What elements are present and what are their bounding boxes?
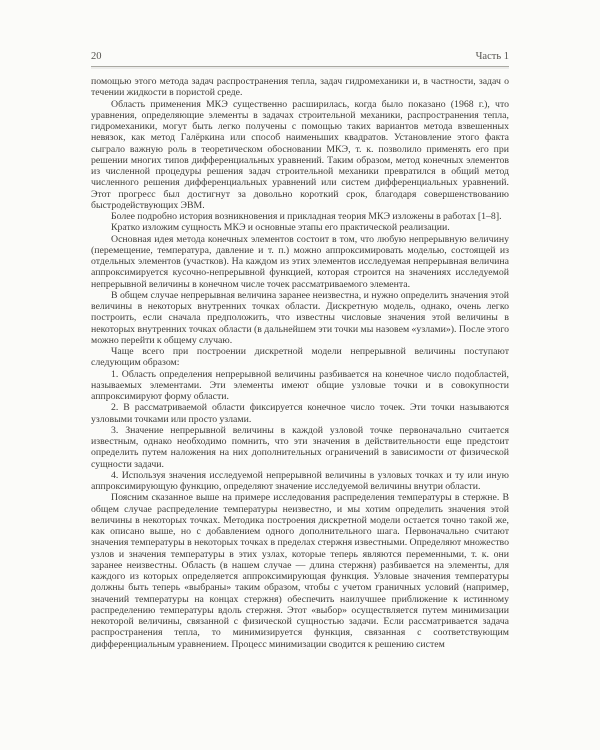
paragraph: Более подробно история возникновения и п… bbox=[91, 211, 509, 222]
scanned-book-page: 20 Часть 1 помощью этого метода задач ра… bbox=[0, 0, 600, 750]
paragraph: Область применения МКЭ существенно расши… bbox=[91, 99, 509, 212]
page-number: 20 bbox=[91, 50, 102, 63]
page-body: помощью этого метода задач распространен… bbox=[91, 76, 509, 650]
paragraph: помощью этого метода задач распространен… bbox=[91, 76, 509, 99]
paragraph: Основная идея метода конечных элементов … bbox=[91, 234, 509, 290]
paragraph-numbered-3: 3. Значение непрерывной величины в каждо… bbox=[91, 425, 509, 470]
paragraph-numbered-1: 1. Область определения непрерывной велич… bbox=[91, 369, 509, 403]
part-label: Часть 1 bbox=[476, 50, 509, 63]
paragraph-numbered-2: 2. В рассматриваемой области фиксируется… bbox=[91, 402, 509, 425]
paragraph-numbered-4: 4. Используя значения исследуемой непрер… bbox=[91, 470, 509, 493]
header-rule bbox=[91, 66, 509, 67]
paragraph: Кратко изложим сущность МКЭ и основные э… bbox=[91, 222, 509, 233]
page-header: 20 Часть 1 bbox=[91, 50, 509, 66]
paragraph: В общем случае непрерывная величина зара… bbox=[91, 290, 509, 346]
paragraph: Поясним сказанное выше на примере исслед… bbox=[91, 492, 509, 650]
paragraph: Чаще всего при построении дискретной мод… bbox=[91, 346, 509, 369]
